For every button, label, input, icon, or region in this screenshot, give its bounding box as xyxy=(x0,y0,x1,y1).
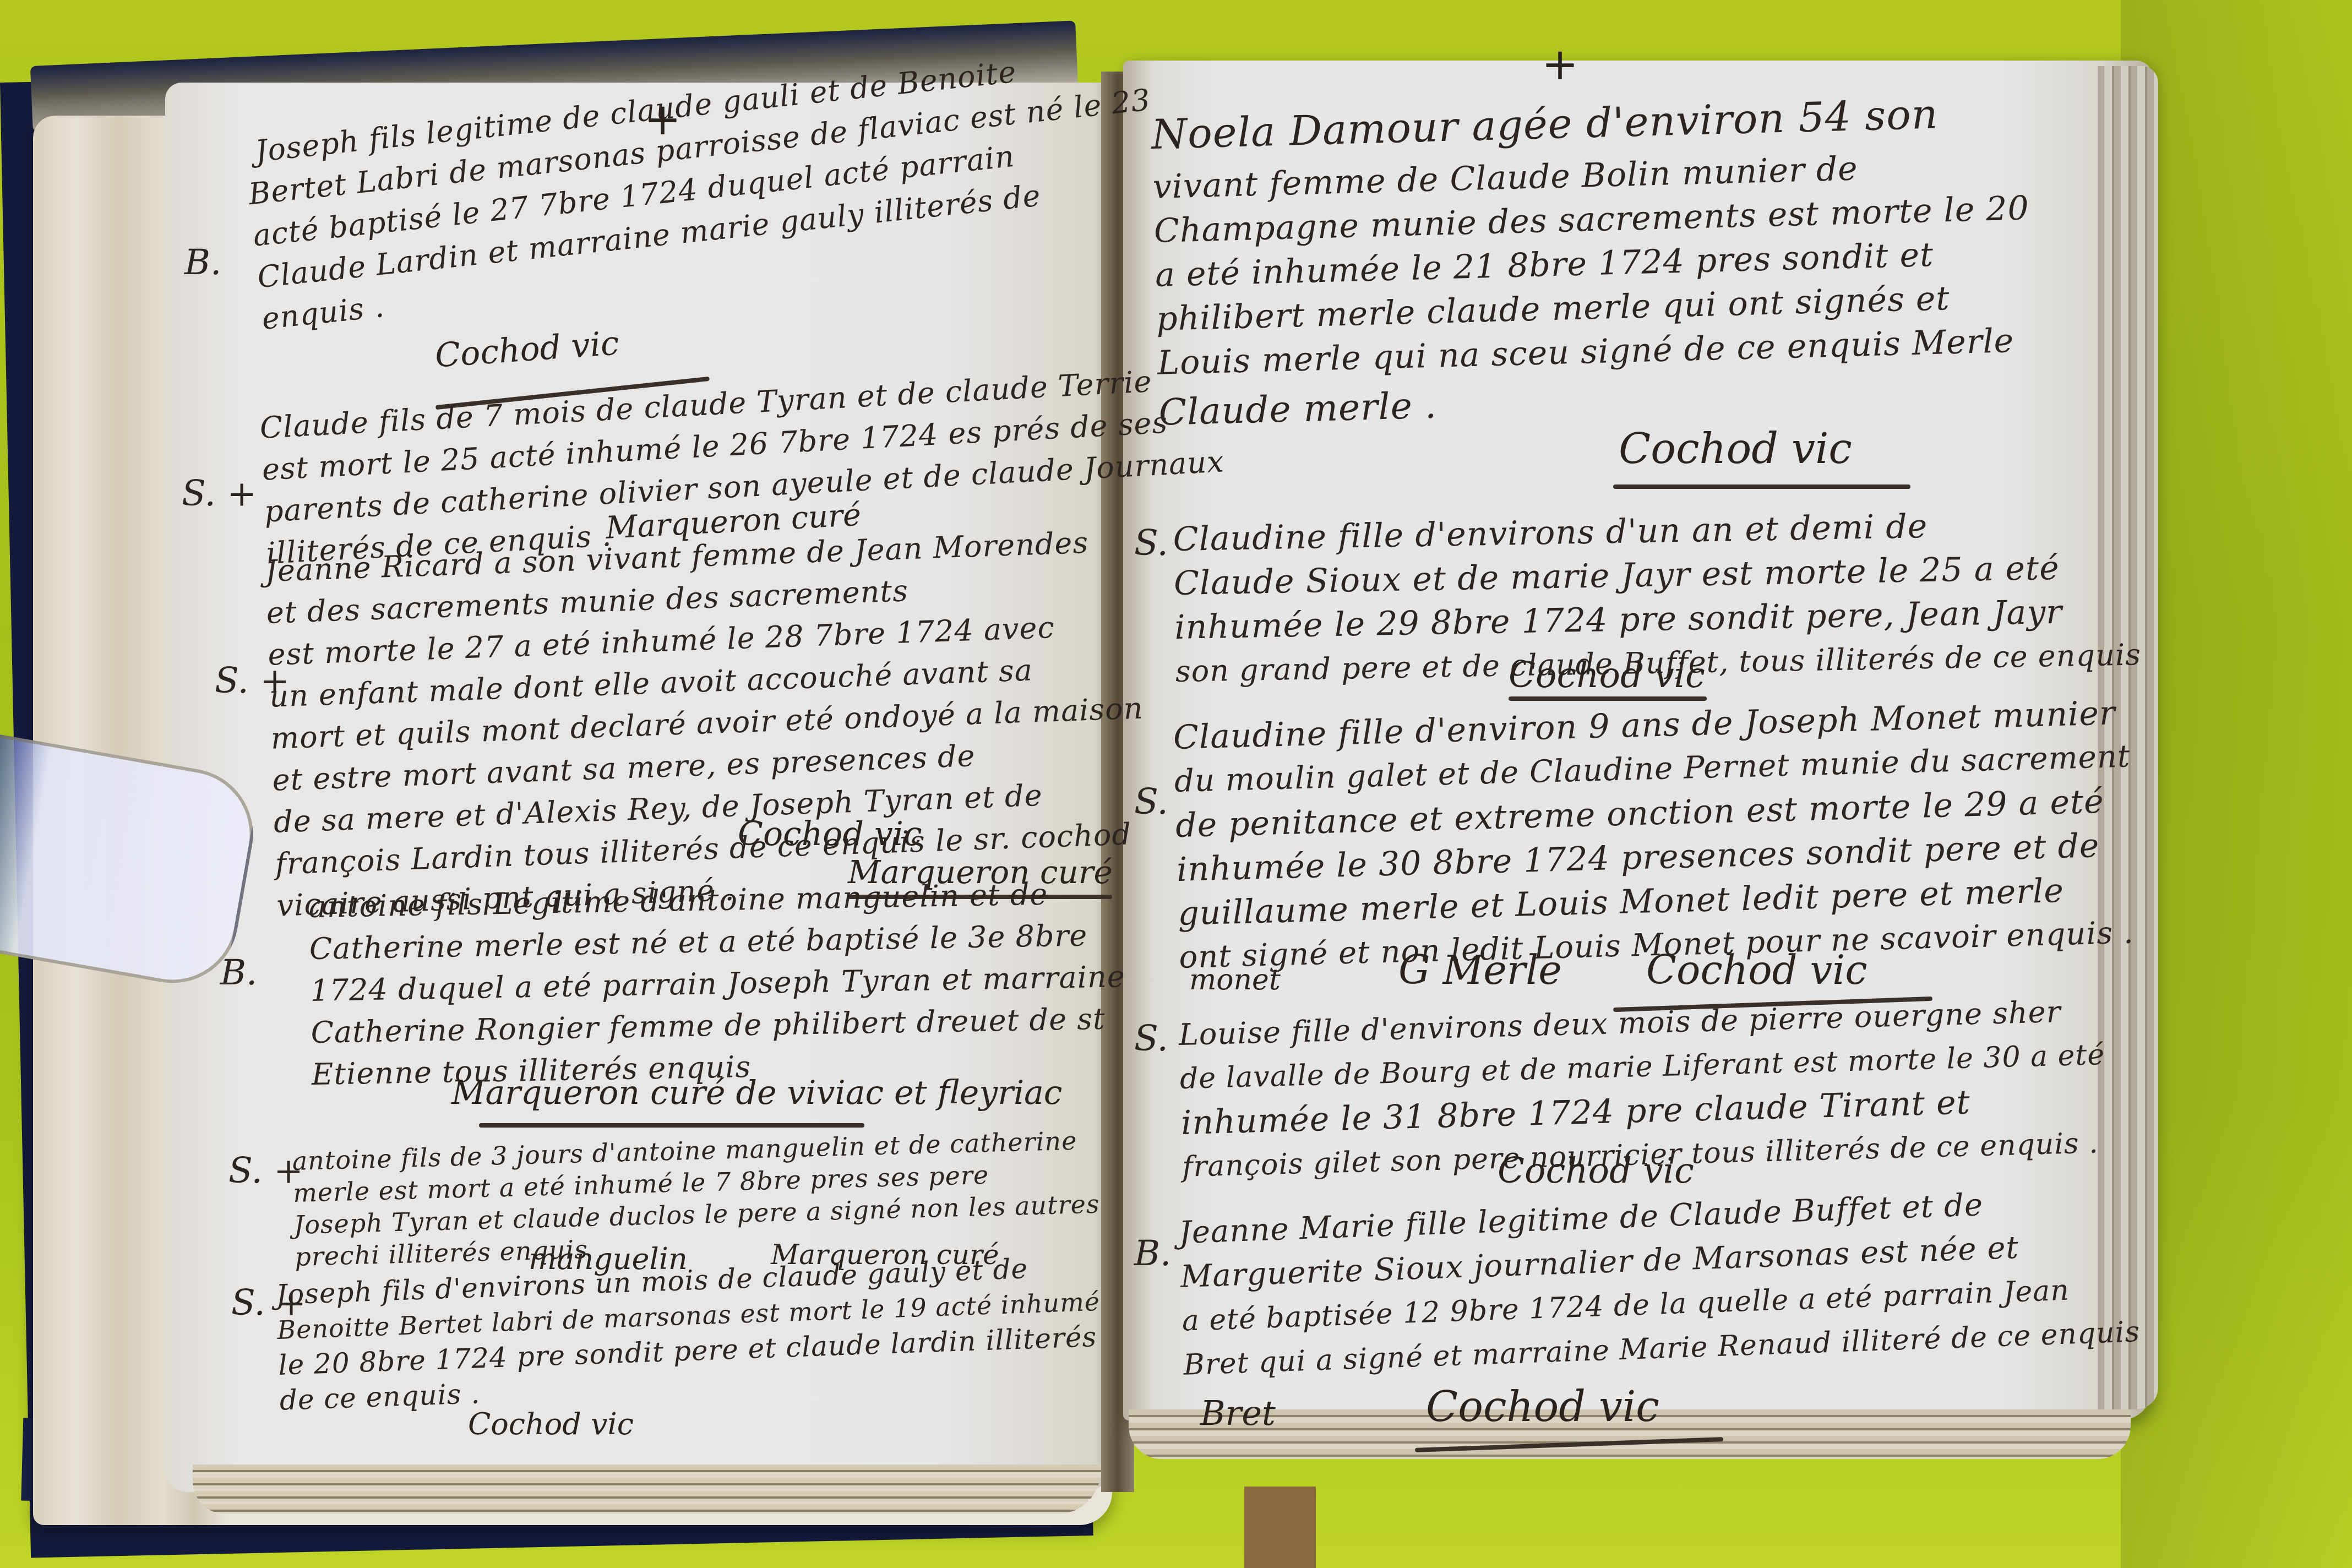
left-page-bottom-edge xyxy=(193,1464,1101,1514)
margin-mark-baptism: B. xyxy=(1134,1233,1171,1274)
signature-cochod: Cochod vic xyxy=(738,815,922,853)
signature-cochod: Cochod vic xyxy=(1426,1382,1659,1431)
right-entry-5: Jeanne Marie fille legitime de Claude Bu… xyxy=(1178,1178,2141,1387)
margin-mark-burial: S. xyxy=(1134,523,1168,564)
signature-cochod: Cochod vic xyxy=(1498,1151,1694,1191)
margin-mark-baptism: B. xyxy=(220,952,257,993)
margin-mark-burial: S. xyxy=(1134,782,1168,823)
signature-merle: G Merle xyxy=(1398,947,1562,993)
signature-underline xyxy=(479,1123,864,1128)
right-entry-3: Claudine fille d'environ 9 ans de Joseph… xyxy=(1173,691,2136,980)
margin-mark-burial: S. + xyxy=(182,473,257,514)
right-entry-1: Noela Damour agée d'environ 54 son vivan… xyxy=(1151,81,2035,440)
margin-mark-burial: S. xyxy=(1134,1019,1168,1059)
left-entry-6: Joseph fils d'environs un mois de claude… xyxy=(275,1249,1103,1418)
signature-underline xyxy=(1509,696,1707,701)
signature-marqueron-cure: Marqueron curé de viviac et fleyriac xyxy=(451,1074,1062,1112)
bookmark-ribbon xyxy=(1244,1487,1316,1568)
left-entry-4: antoine fils Legitime d'antoine mangueli… xyxy=(308,872,1127,1096)
signature-underline xyxy=(1613,484,1910,489)
signature-bret: Bret xyxy=(1200,1393,1276,1433)
signature-monet: monet xyxy=(1189,963,1281,997)
right-page-top-cross-icon: + xyxy=(1542,39,1578,90)
signature-cochod: Cochod vic xyxy=(468,1407,634,1441)
margin-mark-baptism: B. xyxy=(184,242,221,283)
signature-cochod: Cochod vic xyxy=(1619,424,1852,473)
signature-cochod: Cochod vic xyxy=(1646,947,1867,993)
signature-cochod: Cochod vic xyxy=(1509,655,1705,696)
